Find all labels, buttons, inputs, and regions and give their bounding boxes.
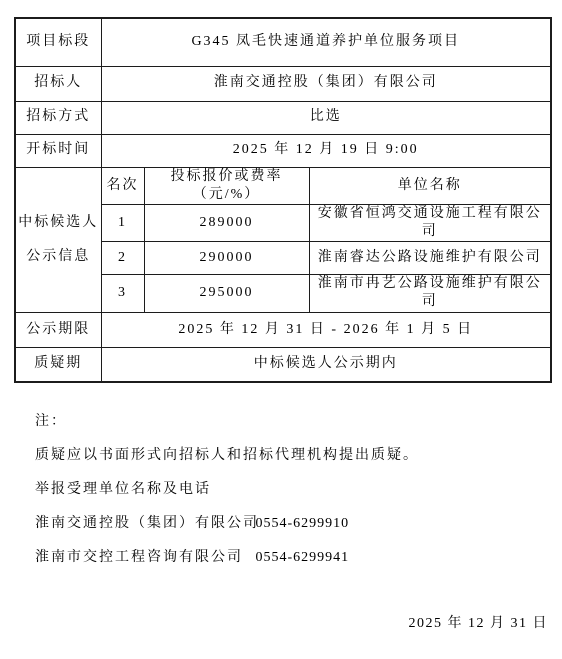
objection-instruction: 质疑应以书面形式向招标人和招标代理机构提出质疑。 <box>35 444 555 478</box>
column-header-name: 单位名称 <box>309 167 551 204</box>
candidates-header-row: 中标候选人 公示信息 名次 投标报价或费率（元/%） 单位名称 <box>15 167 551 204</box>
table-row: 招标人 淮南交通控股（集团）有限公司 <box>15 66 551 101</box>
contact-phone: 0554-6299941 <box>256 550 350 565</box>
announcement-page: { "doc": { "info_rows": [ { "label": "项目… <box>0 0 562 659</box>
candidates-section-label-line2: 公示信息 <box>18 240 99 274</box>
publicity-period-value: 2025 年 12 月 31 日 - 2026 年 1 月 5 日 <box>101 312 551 347</box>
candidate-price: 295000 <box>144 275 309 312</box>
table-row: 招标方式 比选 <box>15 101 551 134</box>
candidate-rank: 2 <box>101 242 144 275</box>
column-header-price: 投标报价或费率（元/%） <box>144 167 309 204</box>
table-row: 开标时间 2025 年 12 月 19 日 9:00 <box>15 134 551 167</box>
tenderer-value: 淮南交通控股（集团）有限公司 <box>101 66 551 101</box>
candidate-name: 安徽省恒鸿交通设施工程有限公司 <box>309 204 551 241</box>
tenderer-label: 招标人 <box>15 66 101 101</box>
objection-period-value: 中标候选人公示期内 <box>101 347 551 382</box>
bid-opening-time-value: 2025 年 12 月 19 日 9:00 <box>101 134 551 167</box>
column-header-rank: 名次 <box>101 167 144 204</box>
candidate-price: 290000 <box>144 242 309 275</box>
contact-line: 淮南交通控股（集团）有限公司 0554-6299910 <box>35 512 555 546</box>
contact-name: 淮南交通控股（集团）有限公司 <box>35 512 250 532</box>
bid-method-label: 招标方式 <box>15 101 101 134</box>
candidate-rank: 1 <box>101 204 144 241</box>
bid-method-value: 比选 <box>101 101 551 134</box>
report-contact-heading: 举报受理单位名称及电话 <box>35 478 555 512</box>
table-row: 项目标段 G345 凤毛快速通道养护单位服务项目 <box>15 18 551 66</box>
contact-phone: 0554-6299910 <box>256 516 350 531</box>
candidate-name: 淮南市冉艺公路设施维护有限公司 <box>309 275 551 312</box>
candidate-name: 淮南睿达公路设施维护有限公司 <box>309 242 551 275</box>
publicity-period-label: 公示期限 <box>15 312 101 347</box>
notes-heading: 注： <box>35 410 555 444</box>
objection-period-label: 质疑期 <box>15 347 101 382</box>
contact-name: 淮南市交控工程咨询有限公司 <box>35 546 250 566</box>
candidate-price: 289000 <box>144 204 309 241</box>
announcement-table: 项目标段 G345 凤毛快速通道养护单位服务项目 招标人 淮南交通控股（集团）有… <box>14 17 552 383</box>
candidate-rank: 3 <box>101 275 144 312</box>
notes-section: 注： 质疑应以书面形式向招标人和招标代理机构提出质疑。 举报受理单位名称及电话 … <box>35 410 555 580</box>
table-row: 公示期限 2025 年 12 月 31 日 - 2026 年 1 月 5 日 <box>15 312 551 347</box>
contact-line: 淮南市交控工程咨询有限公司 0554-6299941 <box>35 546 555 580</box>
candidates-section-label-line1: 中标候选人 <box>18 206 99 240</box>
candidates-section-label: 中标候选人 公示信息 <box>15 167 101 312</box>
project-section-label: 项目标段 <box>15 18 101 66</box>
project-section-value: G345 凤毛快速通道养护单位服务项目 <box>101 18 551 66</box>
table-row: 质疑期 中标候选人公示期内 <box>15 347 551 382</box>
bid-opening-time-label: 开标时间 <box>15 134 101 167</box>
announcement-date: 2025 年 12 月 31 日 <box>0 612 548 632</box>
